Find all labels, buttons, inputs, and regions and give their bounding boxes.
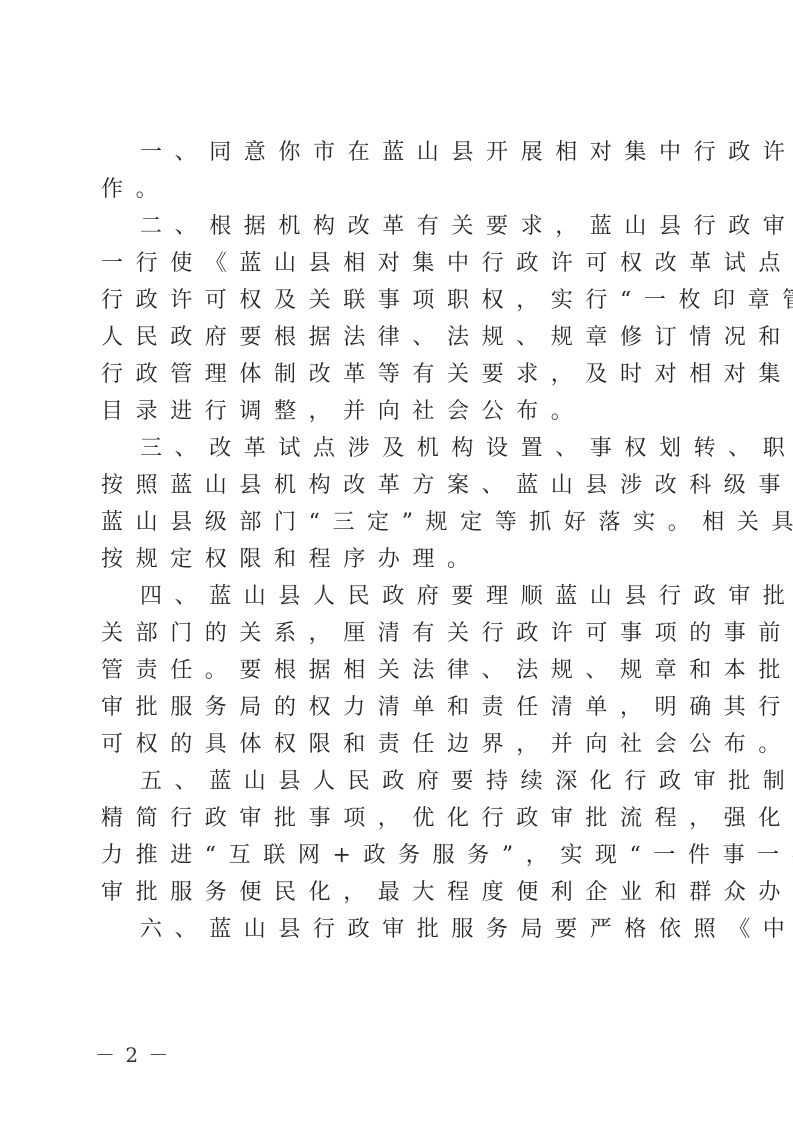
text-line: 二、根据机构改革有关要求，蓝山县行政审批服务局集中统 (101, 208, 701, 245)
text-line: 人民政府要根据法律、法规、规章修订情况和“放管服”改革、 (101, 319, 701, 356)
text-line: 审批服务局的权力清单和责任清单，明确其行使相对集中行政许 (101, 689, 701, 726)
text-line: 蓝山县级部门“三定”规定等抓好落实。相关具体机构编制事项， (101, 504, 701, 541)
text-line: 力推进“互联网+政务服务”，实现“一件事一次办”，积极推进 (101, 837, 701, 874)
text-line: 一、同意你市在蓝山县开展相对集中行政许可权改革试点工 (101, 134, 701, 171)
paragraph-item-5: 五、蓝山县人民政府要持续深化行政审批制度改革，进一步 精简行政审批事项，优化行政… (101, 763, 701, 911)
document-body: 一、同意你市在蓝山县开展相对集中行政许可权改革试点工 作。 二、根据机构改革有关… (101, 134, 701, 948)
text-line: 关部门的关系，厘清有关行政许可事项的事前审批、事中事后监 (101, 615, 701, 652)
text-line: 一行使《蓝山县相对集中行政许可权改革试点事项目录》所列的 (101, 245, 701, 282)
text-line: 目录进行调整，并向社会公布。 (101, 393, 701, 430)
text-line: 可权的具体权限和责任边界，并向社会公布。 (101, 726, 701, 763)
text-line: 按规定权限和程序办理。 (101, 541, 701, 578)
text-line: 按照蓝山县机构改革方案、蓝山县涉改科级事业机构设置方案、 (101, 467, 701, 504)
text-line: 三、改革试点涉及机构设置、事权划转、职责划分等事项， (101, 430, 701, 467)
paragraph-item-3: 三、改革试点涉及机构设置、事权划转、职责划分等事项， 按照蓝山县机构改革方案、蓝… (101, 430, 701, 578)
paragraph-item-4: 四、蓝山县人民政府要理顺蓝山县行政审批服务局与县直相 关部门的关系，厘清有关行政… (101, 578, 701, 763)
text-line: 五、蓝山县人民政府要持续深化行政审批制度改革，进一步 (101, 763, 701, 800)
text-line: 行政管理体制改革等有关要求，及时对相对集中行政许可权事项 (101, 356, 701, 393)
paragraph-item-1: 一、同意你市在蓝山县开展相对集中行政许可权改革试点工 作。 (101, 134, 701, 208)
text-line: 四、蓝山县人民政府要理顺蓝山县行政审批服务局与县直相 (101, 578, 701, 615)
paragraph-item-2: 二、根据机构改革有关要求，蓝山县行政审批服务局集中统 一行使《蓝山县相对集中行政… (101, 208, 701, 430)
page-number: － 2 － (95, 1043, 170, 1067)
text-line: 作。 (101, 171, 701, 208)
text-line: 行政许可权及关联事项职权，实行“一枚印章管审批”。蓝山县 (101, 282, 701, 319)
text-line: 审批服务便民化，最大程度便利企业和群众办事。 (101, 874, 701, 911)
text-line: 管责任。要根据相关法律、法规、规章和本批复制定蓝山县行政 (101, 652, 701, 689)
text-line: 精简行政审批事项，优化行政审批流程，强化事中事后监管，大 (101, 800, 701, 837)
paragraph-item-6: 六、蓝山县行政审批服务局要严格依照《中华人民共和国行 (101, 911, 701, 948)
document-page: 一、同意你市在蓝山县开展相对集中行政许可权改革试点工 作。 二、根据机构改革有关… (0, 0, 793, 1121)
text-line: 六、蓝山县行政审批服务局要严格依照《中华人民共和国行 (101, 911, 701, 948)
